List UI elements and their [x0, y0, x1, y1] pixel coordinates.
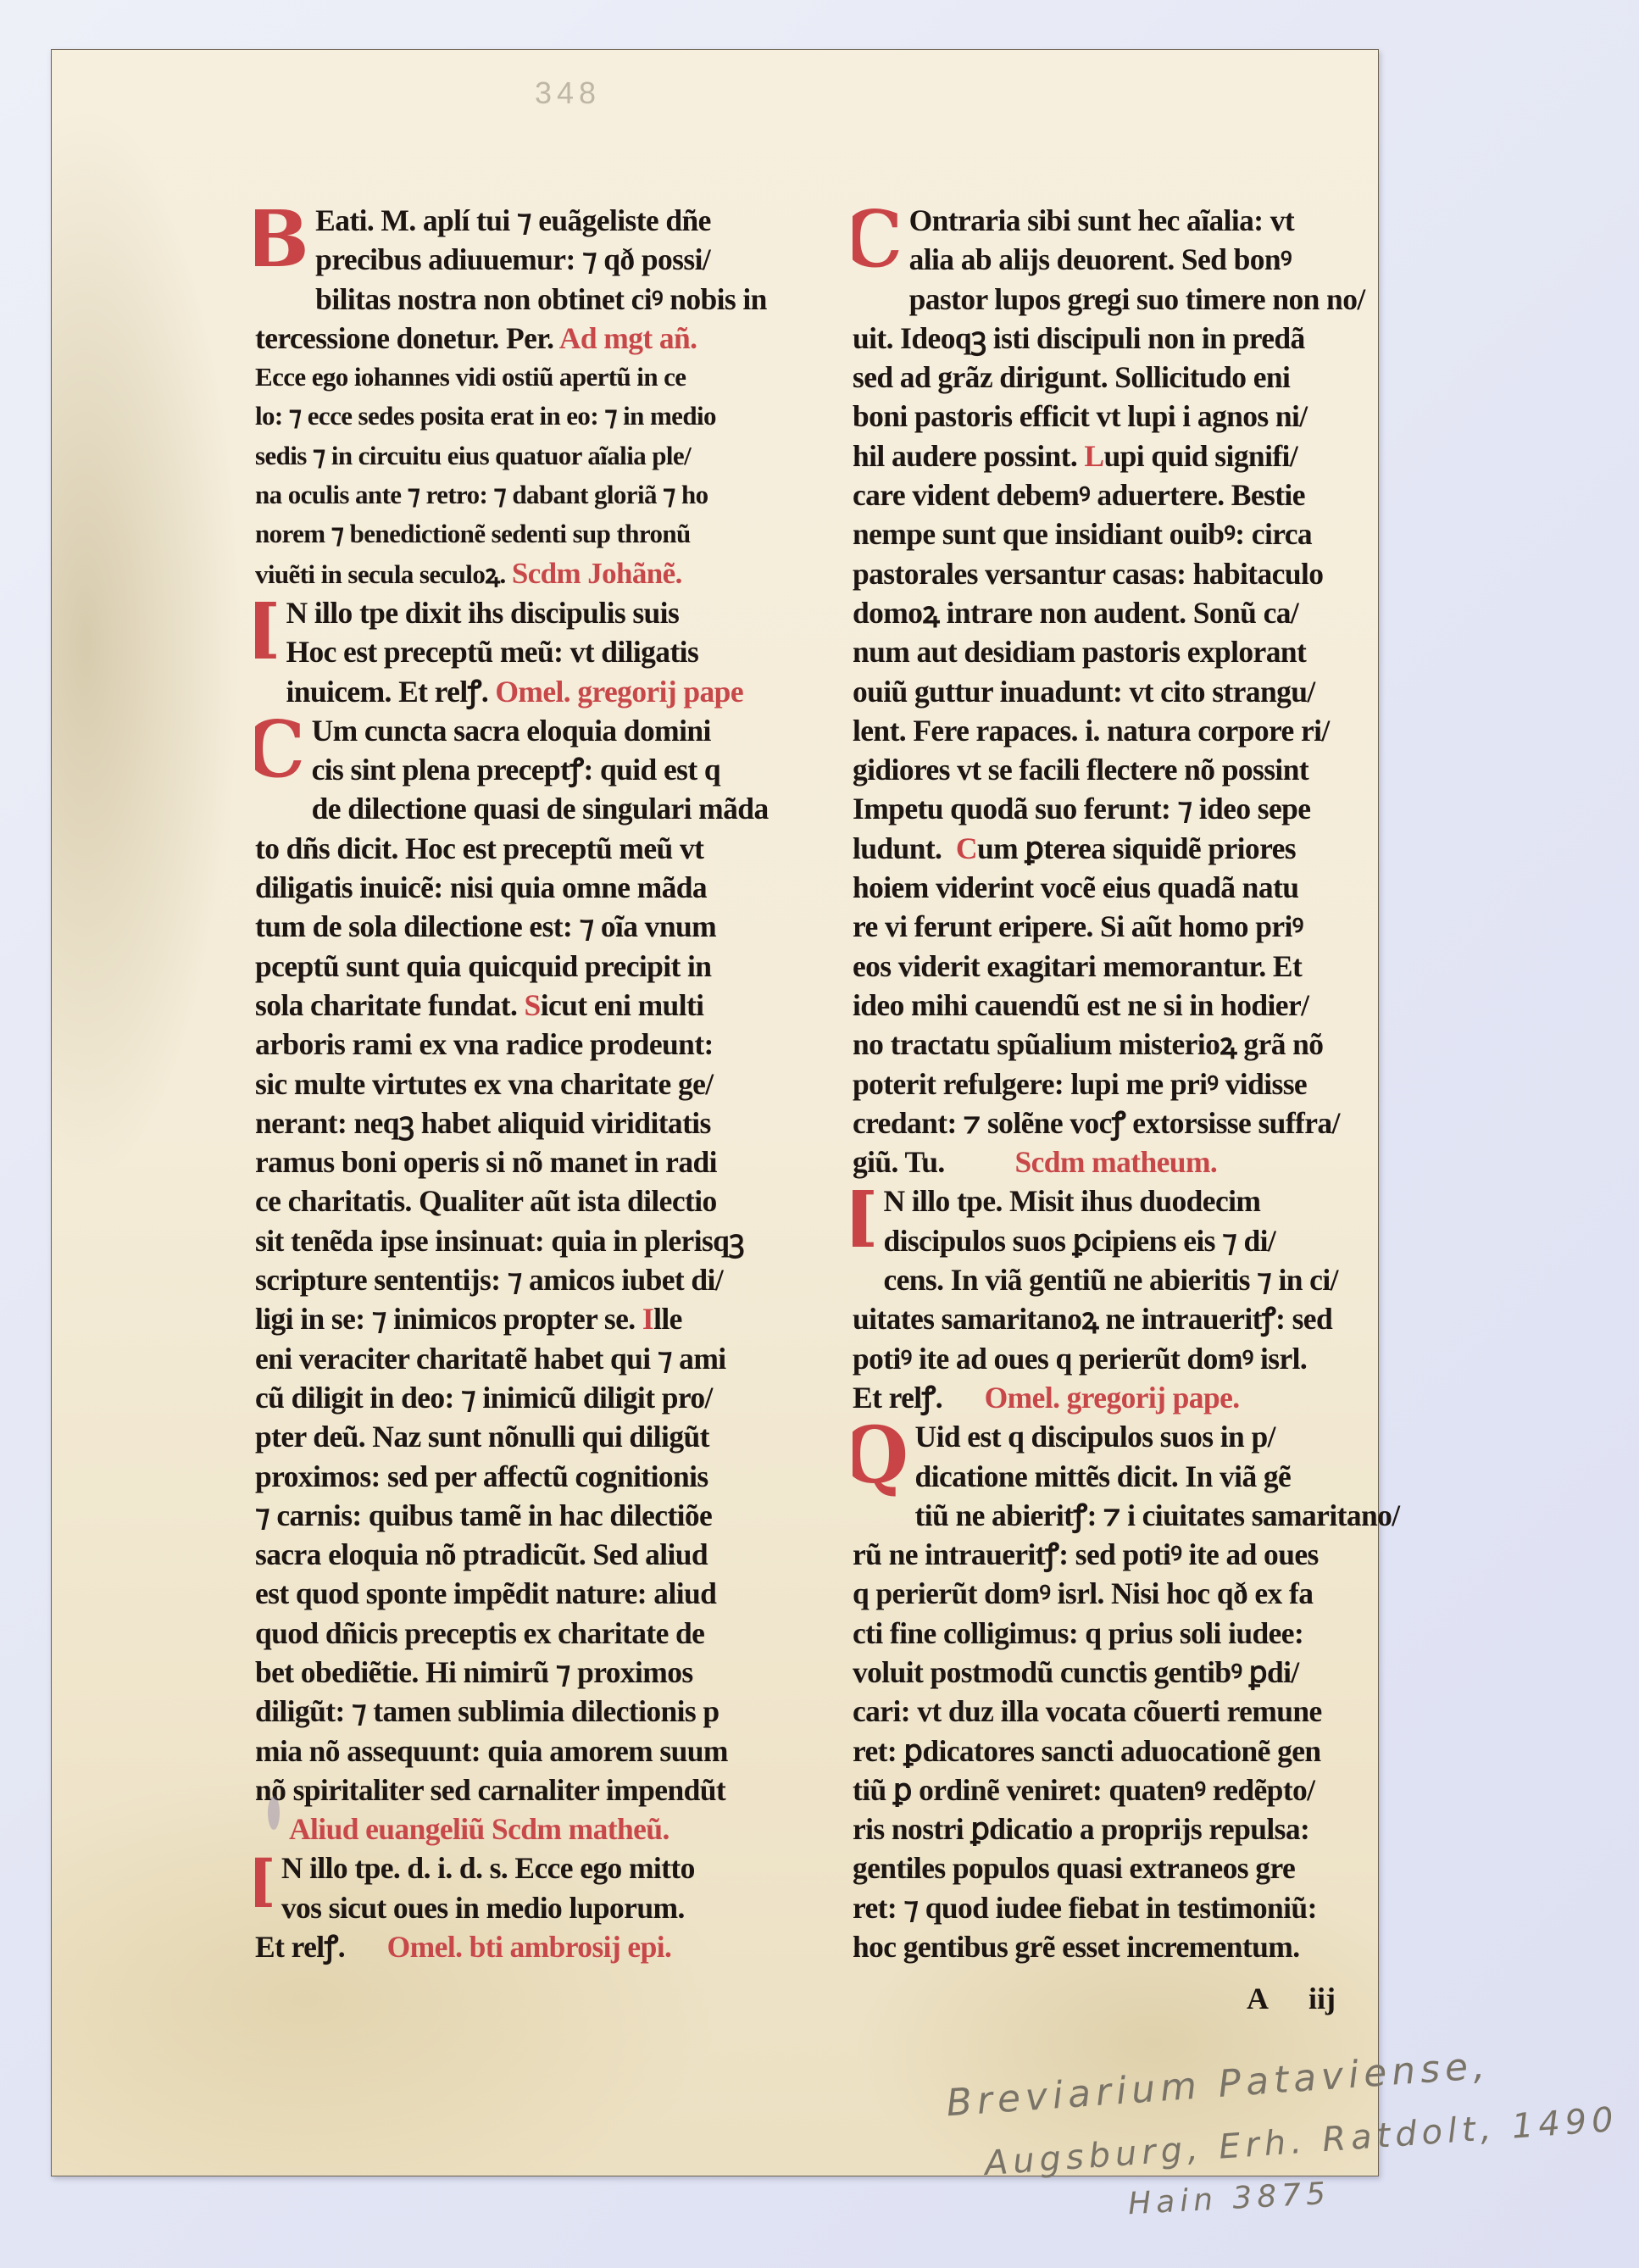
rubric-heading: Aliud euangeliũ Scdm matheũ. — [255, 1809, 814, 1848]
text-line: arboris rami ex vna radice prodeunt: — [255, 1025, 814, 1064]
text-line: cti fine colligimus: q prius soli iudee: — [853, 1614, 1412, 1653]
rubricated-initial-i: I — [255, 595, 279, 673]
text-line: Eati. M. aplí tui ⁊ euãgeliste dñe — [255, 201, 814, 240]
collect-block: B Eati. M. aplí tui ⁊ euãgeliste dñe pre… — [255, 201, 814, 358]
text-line: N illo tpe dixit ihs discipulis suis — [255, 593, 814, 632]
text-fragment: ligi in se: ⁊ inimicos propter se. — [255, 1302, 636, 1336]
text-line: diligũt: ⁊ tamen sublimia dilectionis p — [255, 1692, 814, 1731]
text-line: domoꝝ intrare non audent. Sonũ ca/ — [853, 593, 1412, 632]
pencil-annotation-title: Breviarium Pataviense, — [945, 2044, 1492, 2126]
text-line: sola charitate fundat. Sicut eni multi — [255, 986, 814, 1025]
text-line: pceptũ sunt quia quicquid precipit in — [255, 947, 814, 986]
rubric-heading: Ad mgt añ. — [559, 321, 697, 355]
text-line: voluit postmodũ cunctis gentibꝰ ꝑdi/ — [853, 1653, 1412, 1692]
rubricated-initial-i: I — [853, 1183, 876, 1261]
text-line: credant: ⁊ solẽne vocꝭ extorsisse suffra… — [853, 1103, 1412, 1142]
text-line: care vident debemꝰ aduertere. Bestie — [853, 475, 1412, 514]
text-line: cũ diligit in deo: ⁊ inimicũ diligit pro… — [255, 1378, 814, 1417]
text-fragment: hil audere possint. — [853, 439, 1077, 473]
text-line: proximos: sed per affectũ cognitionis — [255, 1457, 814, 1496]
text-fragment: Et relꝭ. — [255, 1930, 345, 1964]
text-line: nerant: neqꝫ habet aliquid viriditatis — [255, 1103, 814, 1142]
pencil-folio-number: 348 — [535, 75, 601, 111]
text-line: sacra eloquia nõ ptradicũt. Sed aliud — [255, 1535, 814, 1574]
text-line: cari: vt duz illa vocata cõuerti remune — [853, 1692, 1412, 1731]
rubric-heading: Omel. bti ambrosij epi. — [387, 1930, 672, 1964]
text-line: sic multe virtutes ex vna charitate ge/ — [255, 1065, 814, 1103]
text-line: ⁊ carnis: quibus tamẽ in hac dilectiõe — [255, 1496, 814, 1535]
antiphon-block: Ecce ego iohannes vidi ostiũ apertũ in c… — [255, 358, 814, 593]
text-line: tercessione donetur. Per. Ad mgt añ. — [255, 319, 814, 358]
rubric-heading: Omel. gregorij pape — [495, 675, 743, 709]
text-line: N illo tpe. d. i. d. s. Ecce ego mitto — [255, 1848, 814, 1887]
text-line: alia ab alijs deuorent. Sed bonꝰ — [853, 240, 1412, 279]
text-line: de dilectione quasi de singulari mãda — [255, 789, 814, 828]
rubric-heading: Omel. gregorij pape. — [985, 1381, 1240, 1415]
text-line: ramus boni operis si nõ manet in radi — [255, 1142, 814, 1181]
text-line: hil audere possint. Lupi quid signifi/ — [853, 436, 1412, 475]
text-line: Et relꝭ. Omel. bti ambrosij epi. — [255, 1927, 814, 1966]
text-line: N illo tpe. Misit ihus duodecim — [853, 1181, 1412, 1220]
text-line: uit. Ideoqꝫ isti discipuli non in predã — [853, 319, 1412, 358]
text-line: scripture sententijs: ⁊ amicos iubet di/ — [255, 1260, 814, 1299]
text-fragment: tercessione donetur. Per. — [255, 321, 553, 355]
text-line: poterit refulgere: lupi me priꝰ vidisse — [853, 1065, 1412, 1103]
text-line: ret: ꝑdicatores sancti aduocationẽ gen — [853, 1732, 1412, 1770]
text-line: tum de sola dilectione est: ⁊ oĩa vnum — [255, 907, 814, 946]
text-line: vos sicut oues in medio luporum. — [255, 1888, 814, 1927]
text-line: num aut desidiam pastoris explorant — [853, 632, 1412, 671]
text-line: nõ spiritaliter sed carnaliter impendũt — [255, 1770, 814, 1809]
text-line: to dñs dicit. Hoc est preceptũ meũ vt — [255, 829, 814, 868]
text-fragment: sola charitate fundat. — [255, 988, 517, 1022]
rubric-heading: Scdm Johãnẽ. — [512, 557, 682, 590]
manuscript-leaf: 348 B Eati. M. aplí tui ⁊ euãgeliste dñe… — [51, 49, 1379, 2176]
text-fragment: um ꝑterea siquidẽ priores — [977, 831, 1296, 865]
rubricated-initial-c: C — [255, 713, 305, 791]
rubricated-initial-b: B — [255, 203, 308, 281]
text-line: boni pastoris efficit vt lupi i agnos ni… — [853, 397, 1412, 436]
gospel-block: I N illo tpe. d. i. d. s. Ecce ego mitto… — [255, 1848, 814, 1966]
text-line: uitates samaritanoꝝ ne intraueritꝭ: sed — [853, 1299, 1412, 1338]
text-line: pastorales versantur casas: habitaculo — [853, 554, 1412, 593]
text-line: Uid est q discipulos suos in p/ — [853, 1417, 1412, 1456]
text-line: Impetu quodã suo ferunt: ⁊ ideo sepe — [853, 789, 1412, 828]
text-line: sit tenẽda ipse insinuat: quia in pleris… — [255, 1221, 814, 1260]
text-line: bilitas nostra non obtinet ciꝰ nobis in — [255, 280, 814, 319]
text-line: pastor lupos gregi suo timere non no/ — [853, 280, 1412, 319]
pencil-annotation-reference: Hain 3875 — [1127, 2176, 1331, 2221]
text-line: dicatione mittẽs dicit. In viã gẽ — [853, 1457, 1412, 1496]
text-line: sedis ⁊ in circuitu eius quatuor aĩalia … — [255, 436, 814, 475]
text-line: Um cuncta sacra eloquia domini — [255, 711, 814, 750]
text-line: na oculis ante ⁊ retro: ⁊ dabant gloriã … — [255, 475, 814, 514]
text-line: potiꝰ ite ad oues q perierũt domꝰ isrl. — [853, 1339, 1412, 1378]
text-line: norem ⁊ benedictionẽ sedenti sup thronũ — [255, 514, 814, 553]
text-line: re vi ferunt eripere. Si aũt homo priꝰ — [853, 907, 1412, 946]
rubricated-initial-q: Q — [853, 1419, 908, 1497]
text-fragment: lle — [653, 1302, 682, 1336]
rubric-heading: Scdm matheum. — [1014, 1145, 1217, 1179]
text-line: bet obediẽtie. Hi nimirũ ⁊ proximos — [255, 1653, 814, 1692]
rubricated-letter-s: S — [525, 988, 541, 1022]
text-fragment: upi quid signifi/ — [1104, 439, 1298, 473]
rubricated-letter-l: L — [1084, 439, 1103, 473]
text-line: Et relꝭ. Omel. gregorij pape. — [853, 1378, 1412, 1417]
text-line: Hoc est preceptũ meũ: vt diligatis — [255, 632, 814, 671]
text-line: gidiores vt se facili flectere nõ possin… — [853, 750, 1412, 789]
text-fragment: viuẽti in secula seculoꝝ. — [255, 559, 506, 589]
text-line: viuẽti in secula seculoꝝ. Scdm Johãnẽ. — [255, 554, 814, 593]
text-line: mia nõ assequunt: quia amorem suum — [255, 1732, 814, 1770]
text-line: ce charitatis. Qualiter aũt ista dilecti… — [255, 1181, 814, 1220]
rubricated-letter-i: I — [642, 1302, 653, 1336]
text-line: pter deũ. Naz sunt nõnulli qui diligũt — [255, 1417, 814, 1456]
rubricated-initial-i: I — [255, 1850, 275, 1918]
text-line: giũ. Tu. Scdm matheum. — [853, 1142, 1412, 1181]
text-fragment: inuicem. Et relꝭ. — [286, 675, 488, 709]
text-line: lent. Fere rapaces. i. natura corpore ri… — [853, 711, 1412, 750]
gospel-block: I N illo tpe dixit ihs discipulis suis H… — [255, 593, 814, 711]
homily-block: C Ontraria sibi sunt hec aĩalia: vt alia… — [853, 201, 1412, 1181]
text-line: eos viderit exagitari memorantur. Et — [853, 947, 1412, 986]
signature-letter: A — [1247, 1982, 1267, 2015]
signature-number: iij — [1308, 1982, 1336, 2015]
text-line: cis sint plena preceptꝭ: quid est q — [255, 750, 814, 789]
text-line: q perierũt domꝰ isrl. Nisi hoc qð ex fa — [853, 1574, 1412, 1613]
rubricated-letter-c: C — [956, 831, 977, 865]
text-line: ouiũ guttur inuadunt: vt cito strangu/ — [853, 672, 1412, 711]
text-line: rũ ne intraueritꝭ: sed potiꝰ ite ad oues — [853, 1535, 1412, 1574]
text-line: eni veraciter charitatẽ habet qui ⁊ ami — [255, 1339, 814, 1378]
text-line: hoc gentibus grẽ esset incrementum. — [853, 1927, 1412, 1966]
text-line: no tractatu spũalium misterioꝝ grã nõ — [853, 1025, 1412, 1064]
gospel-block: I N illo tpe. Misit ihus duodecim discip… — [853, 1181, 1412, 1417]
text-fragment: icut eni multi — [541, 988, 704, 1022]
text-line: tiũ ꝑ ordinẽ veniret: quatenꝰ redẽpto/ — [853, 1770, 1412, 1809]
text-line: sed ad grãz dirigunt. Sollicitudo eni — [853, 358, 1412, 397]
homily-block: Q Uid est q discipulos suos in p/ dicati… — [853, 1417, 1412, 1966]
text-line: diligatis inuicẽ: nisi quia omne mãda — [255, 868, 814, 907]
text-line: precibus adiuuemur: ⁊ qð possi/ — [255, 240, 814, 279]
text-line: ligi in se: ⁊ inimicos propter se. Ille — [255, 1299, 814, 1338]
text-line: gentiles populos quasi extraneos gre — [853, 1848, 1412, 1887]
right-text-column: C Ontraria sibi sunt hec aĩalia: vt alia… — [853, 201, 1412, 1966]
text-line: est quod sponte impẽdit nature: aliud — [255, 1574, 814, 1613]
homily-block: C Um cuncta sacra eloquia domini cis sin… — [255, 711, 814, 1809]
ink-blot — [268, 1796, 280, 1830]
text-line: cens. In viã gentiũ ne abieritis ⁊ in ci… — [853, 1260, 1412, 1299]
text-line: lo: ⁊ ecce sedes posita erat in eo: ⁊ in… — [255, 397, 814, 436]
rubricated-initial-c: C — [853, 203, 903, 281]
text-line: ret: ⁊ quod iudee fiebat in testimoniũ: — [853, 1888, 1412, 1927]
text-line: ideo mihi cauendũ est ne si in hodier/ — [853, 986, 1412, 1025]
text-line: inuicem. Et relꝭ. Omel. gregorij pape — [255, 672, 814, 711]
text-line: tiũ ne abieritꝭ: ⁊ i ciuitates samaritan… — [853, 1496, 1412, 1535]
text-fragment: ludunt. — [853, 831, 942, 865]
text-line: ris nostri ꝑdicatio a proprijs repulsa: — [853, 1809, 1412, 1848]
text-line: discipulos suos ꝑcipiens eis ⁊ di/ — [853, 1221, 1412, 1260]
text-line: nempe sunt que insidiant ouibꝰ: circa — [853, 514, 1412, 553]
text-line: Ontraria sibi sunt hec aĩalia: vt — [853, 201, 1412, 240]
text-line: Ecce ego iohannes vidi ostiũ apertũ in c… — [255, 358, 814, 397]
text-line: hoiem viderint vocẽ eius quadã natu — [853, 868, 1412, 907]
signature-mark: A iij — [1247, 1981, 1336, 2016]
text-line: ludunt. Cum ꝑterea siquidẽ priores — [853, 829, 1412, 868]
text-line: quod dñicis preceptis ex charitate de — [255, 1614, 814, 1653]
text-fragment: Et relꝭ. — [853, 1381, 942, 1415]
left-text-column: B Eati. M. aplí tui ⁊ euãgeliste dñe pre… — [255, 201, 814, 1966]
text-fragment: giũ. Tu. — [853, 1145, 945, 1179]
